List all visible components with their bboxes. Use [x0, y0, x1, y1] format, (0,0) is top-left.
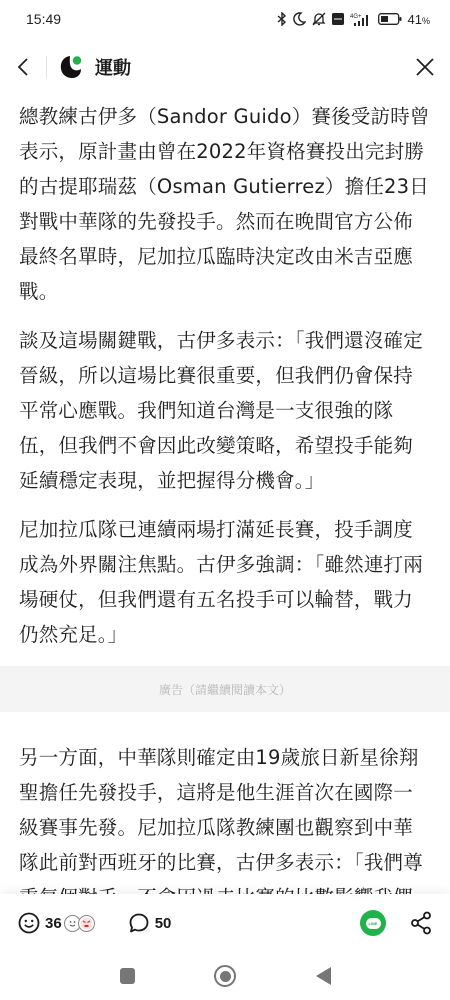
share-button[interactable]: [410, 911, 432, 935]
status-bar: 15:49 4G+ 41%: [0, 0, 450, 38]
ad-label: 廣告（請繼續閱讀本文）: [159, 681, 291, 698]
page-title: 運動: [95, 54, 400, 80]
home-icon: [214, 965, 236, 987]
recents-button[interactable]: [97, 956, 157, 996]
home-button[interactable]: [195, 956, 255, 996]
article-body[interactable]: 總教練古伊多（Sandor Guido）賽後受訪時曾表示，原計畫由曾在2022年…: [0, 99, 450, 894]
close-button[interactable]: [400, 38, 450, 96]
bottom-toolbar: 36 50 LINE: [0, 894, 450, 952]
line-share-button[interactable]: LINE: [360, 910, 386, 936]
signal-icon: 4G+: [350, 12, 372, 26]
article-paragraph: 另一方面，中華隊則確定由19歲旅日新星徐翔聖擔任先發投手，這將是他生涯首次在國際…: [0, 740, 450, 894]
chevron-left-icon: [17, 57, 29, 77]
nav-back-icon: [316, 967, 331, 985]
bluetooth-icon: [277, 12, 287, 26]
reaction-count: 36: [45, 915, 62, 932]
line-icon: LINE: [366, 918, 381, 929]
share-icon: [410, 911, 432, 935]
status-icons: 4G+ 41%: [277, 12, 430, 27]
article-paragraph: 總教練古伊多（Sandor Guido）賽後受訪時曾表示，原計畫由曾在2022年…: [0, 99, 450, 309]
app-logo: [59, 55, 83, 79]
logo-icon: [59, 55, 83, 79]
svg-text:4G+: 4G+: [350, 14, 362, 20]
back-button[interactable]: [0, 38, 46, 96]
header-divider: [46, 56, 47, 78]
angry-emoji-icon: [78, 915, 95, 932]
battery-percent: 41%: [408, 12, 430, 27]
recents-icon: [120, 968, 135, 984]
comment-bubble-icon: [128, 912, 150, 934]
comment-count: 50: [155, 915, 172, 932]
close-icon: [416, 58, 434, 76]
moon-icon: [293, 12, 306, 26]
system-nav-bar: [0, 952, 450, 1000]
app-header: 運動: [0, 38, 450, 96]
comment-button[interactable]: 50: [128, 912, 172, 934]
reaction-emojis: [64, 915, 95, 932]
battery-icon: [378, 13, 402, 25]
article-paragraph: 談及這場關鍵戰，古伊多表示：「我們還沒確定晉級，所以這場比賽很重要，但我們仍會保…: [0, 323, 450, 498]
nav-back-button[interactable]: [293, 956, 353, 996]
bell-off-icon: [312, 12, 326, 26]
article-paragraph: 尼加拉瓜隊已連續兩場打滿延長賽，投手調度成為外界關注焦點。古伊多強調：「雖然連打…: [0, 512, 450, 652]
smiley-icon: [18, 912, 40, 934]
ad-banner[interactable]: 廣告（請繼續閱讀本文）: [0, 666, 450, 712]
status-time: 15:49: [26, 11, 61, 27]
reaction-button[interactable]: 36: [18, 912, 95, 934]
volte-icon: [332, 13, 344, 25]
